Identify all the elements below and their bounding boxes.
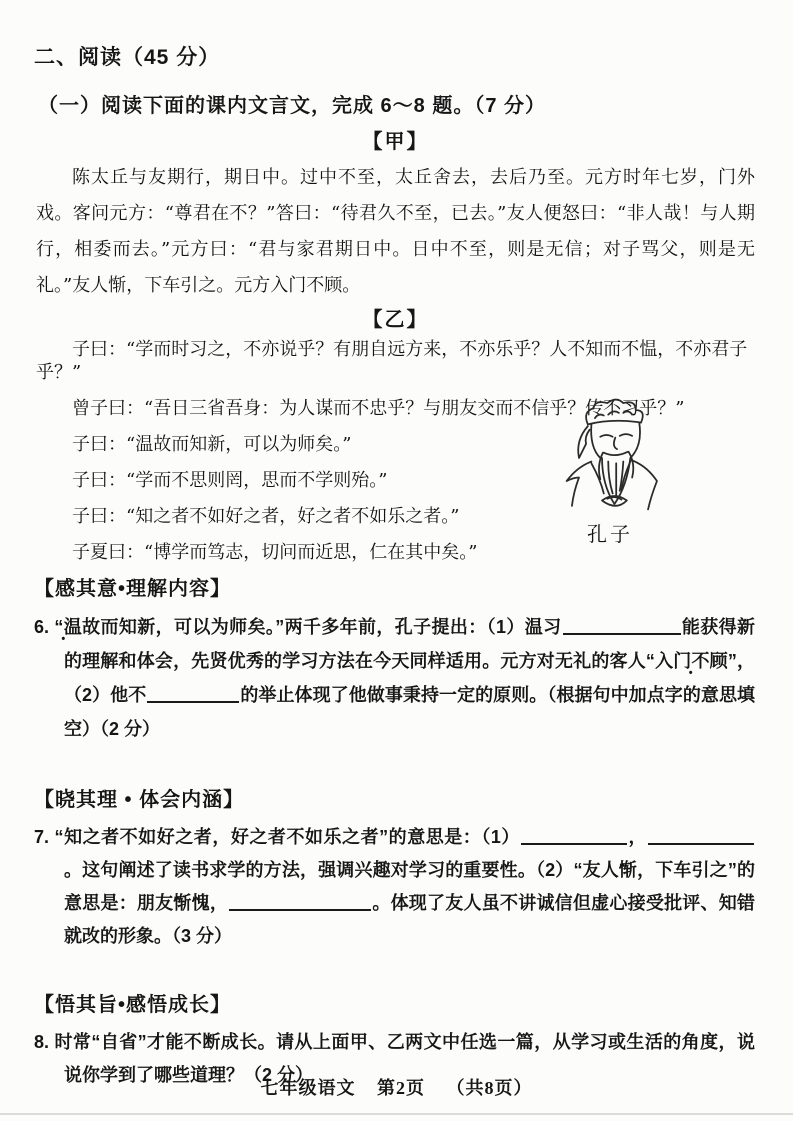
answer-blank [563, 615, 681, 635]
question-7: 7. “知之者不如好之者，好之者不如乐之者”的意思是：（1），。这句阐述了读书求… [34, 821, 755, 953]
exam-paper-page: 二、阅读（45 分） （一）阅读下面的课内文言文，完成 6～8 题。（7 分） … [0, 0, 793, 1121]
passage-jia-label: 【甲】 [34, 130, 757, 154]
answer-blank [229, 891, 371, 911]
footer-page-number: 第2页 [377, 1078, 425, 1098]
passage-jia-text: 陈太丘与友期行，期日中。过中不至，太丘舍去，去后乃至。元方时年七岁，门外戏。客问… [36, 160, 755, 304]
passage-yi-label: 【乙】 [34, 308, 757, 332]
emphasized-character: 顾 [710, 651, 728, 671]
footer-course: 七年级语文 [261, 1078, 356, 1098]
question-6: 6. “温故而知新，可以为师矣。”两千多年前，孔子提出：（1）温习能获得新的理解… [34, 610, 755, 746]
scan-edge-line [0, 1113, 793, 1115]
answer-blank [648, 825, 754, 845]
analects-line: 子曰：“学而时习之，不亦说乎？有朋自远方来，不亦乐乎？人不知而不愠，不亦君子乎？… [36, 338, 755, 384]
figure-caption: 孔子 [545, 522, 675, 546]
answer-blank [147, 683, 239, 703]
section-heading-understand-content: 【感其意•理解内容】 [34, 577, 757, 601]
part-intro: （一）阅读下面的课内文言文，完成 6～8 题。（7 分） [38, 94, 757, 118]
confucius-figure: 孔子 [545, 396, 675, 546]
page-footer: 七年级语文 第2页 （共8页） [0, 1074, 793, 1100]
section-title: 二、阅读（45 分） [34, 46, 757, 70]
answer-blank [521, 825, 627, 845]
footer-total-pages: （共8页） [447, 1078, 533, 1098]
confucius-portrait-icon [549, 396, 671, 520]
emphasized-character: 故 [82, 617, 100, 637]
section-heading-realize-growth: 【悟其旨•感悟成长】 [34, 993, 757, 1017]
page-content: 二、阅读（45 分） （一）阅读下面的课内文言文，完成 6～8 题。（7 分） … [0, 0, 793, 1092]
section-heading-grasp-meaning: 【晓其理 • 体会内涵】 [34, 788, 757, 812]
